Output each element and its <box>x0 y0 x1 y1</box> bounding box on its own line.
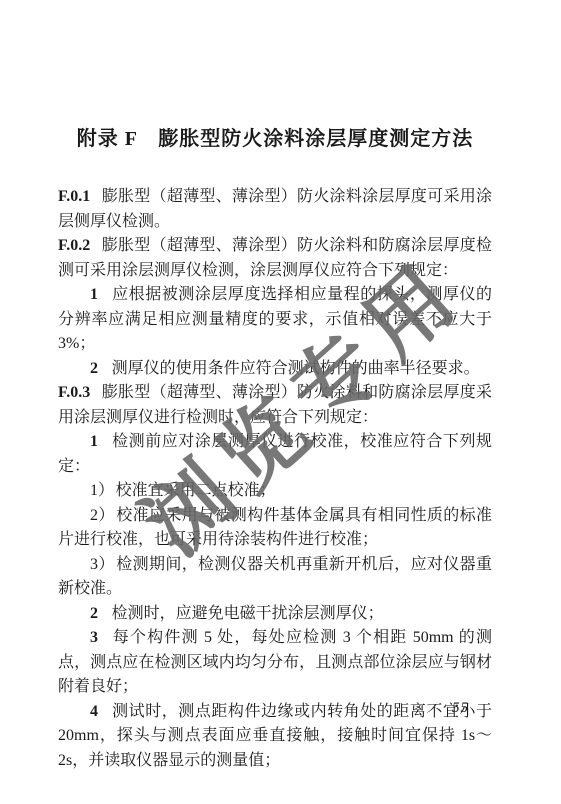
item-text: 检测时，应避免电磁干扰涂层测厚仪； <box>112 605 384 622</box>
list-item-4: 4测试时，测点距构件边缘或内转角处的距离不宜小于 20mm，探头与测点表面应垂直… <box>58 700 492 774</box>
item-text: 测厚仪的使用条件应符合测试构件的曲率半径要求。 <box>112 360 480 377</box>
clause-text: 膨胀型（超薄型、薄涂型）防火涂料涂层厚度可采用涂层侧厚仪检测。 <box>58 188 492 230</box>
subitem-number: 2） <box>90 507 115 524</box>
list-item-2b: 2检测时，应避免电磁干扰涂层测厚仪； <box>58 602 492 627</box>
subitem-number: 3） <box>90 556 115 573</box>
list-item-1b: 1检测前应对涂层测厚仪进行校准，校准应符合下列规定： <box>58 430 492 479</box>
item-number: 4 <box>90 703 98 720</box>
sub-item-2: 2）校准应采用与被测构件基体金属具有相同性质的标准片进行校准，也可采用待涂装构件… <box>58 504 492 553</box>
clause-f-0-1: F.0.1膨胀型（超薄型、薄涂型）防火涂料涂层厚度可采用涂层侧厚仪检测。 <box>58 185 492 234</box>
sub-item-1: 1）校准宜采用二点校准； <box>58 479 492 504</box>
list-item-1: 1应根据被测涂层厚度选择相应量程的探头，测厚仪的分辨率应满足相应测量精度的要求，… <box>58 283 492 357</box>
page-number: 55 <box>452 700 469 717</box>
list-item-3: 3每个构件测 5 处，每处应检测 3 个相距 50mm 的测点，测点应在检测区域… <box>58 626 492 700</box>
item-number: 2 <box>90 605 98 622</box>
item-text: 应根据被测涂层厚度选择相应量程的探头，测厚仪的分辨率应满足相应测量精度的要求，示… <box>58 286 492 352</box>
page-content: 附录 F 膨胀型防火涂料涂层厚度测定方法 F.0.1膨胀型（超薄型、薄涂型）防火… <box>58 122 492 773</box>
list-item-2: 2测厚仪的使用条件应符合测试构件的曲率半径要求。 <box>58 357 492 382</box>
item-number: 1 <box>90 286 98 303</box>
subitem-number: 1） <box>90 482 114 499</box>
page-title: 附录 F 膨胀型防火涂料涂层厚度测定方法 <box>58 122 492 151</box>
item-text: 检测前应对涂层测厚仪进行校准，校准应符合下列规定： <box>58 433 492 475</box>
subitem-text: 校准应采用与被测构件基体金属具有相同性质的标准片进行校准，也可采用待涂装构件进行… <box>58 507 492 549</box>
item-number: 1 <box>90 433 98 450</box>
clause-number: F.0.3 <box>58 384 90 401</box>
clause-number: F.0.2 <box>58 237 90 254</box>
clause-text: 膨胀型（超薄型、薄涂型）防火涂料和防腐涂层厚度检测可采用涂层测厚仪检测，涂层测厚… <box>58 237 492 279</box>
clause-f-0-3: F.0.3膨胀型（超薄型、薄涂型）防火涂料和防腐涂层厚度采用涂层测厚仪进行检测时… <box>58 381 492 430</box>
clause-number: F.0.1 <box>58 188 90 205</box>
item-number: 2 <box>90 360 98 377</box>
subitem-text: 校准宜采用二点校准； <box>116 482 276 499</box>
document-page: 浏览专用 附录 F 膨胀型防火涂料涂层厚度测定方法 F.0.1膨胀型（超薄型、薄… <box>0 0 561 804</box>
item-text: 每个构件测 5 处，每处应检测 3 个相距 50mm 的测点，测点应在检测区域内… <box>58 629 492 695</box>
clause-text: 膨胀型（超薄型、薄涂型）防火涂料和防腐涂层厚度采用涂层测厚仪进行检测时，应符合下… <box>58 384 492 426</box>
item-text: 测试时，测点距构件边缘或内转角处的距离不宜小于 20mm，探头与测点表面应垂直接… <box>58 703 492 769</box>
sub-item-3: 3）检测期间，检测仪器关机再重新开机后，应对仪器重新校准。 <box>58 553 492 602</box>
subitem-text: 检测期间，检测仪器关机再重新开机后，应对仪器重新校准。 <box>58 556 492 598</box>
item-number: 3 <box>90 629 98 646</box>
clause-f-0-2: F.0.2膨胀型（超薄型、薄涂型）防火涂料和防腐涂层厚度检测可采用涂层测厚仪检测… <box>58 234 492 283</box>
